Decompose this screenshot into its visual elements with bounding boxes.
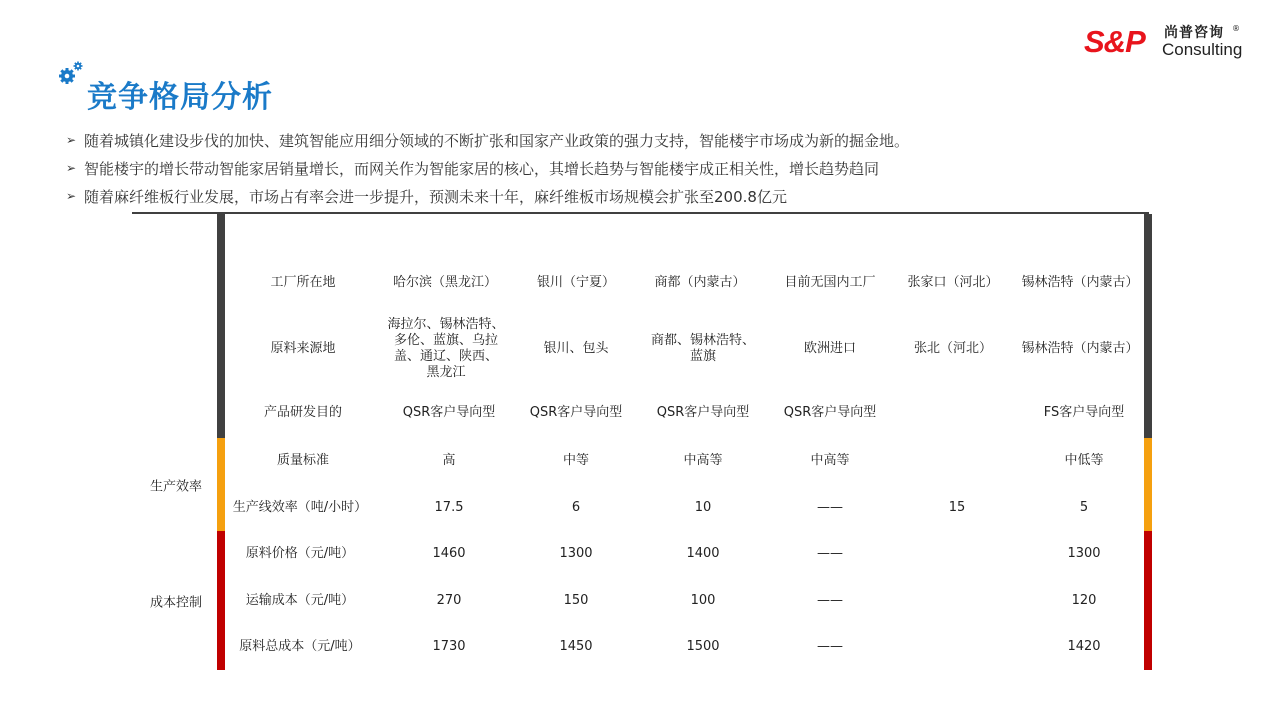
row-label-line-efficiency: 生产线效率（吨/小时） <box>233 500 367 516</box>
table-cell: 1500 <box>686 639 719 655</box>
table-cell: 欧洲进口 <box>804 341 856 357</box>
table-cell: 哈尔滨（黑龙江） <box>393 275 497 291</box>
cell-line: 黑龙江 <box>387 365 504 381</box>
table-cell: 中低等 <box>1064 453 1103 469</box>
cell-line: 商都、锡林浩特、 <box>651 333 755 349</box>
row-label-raw-material-origin: 原料来源地 <box>270 341 335 357</box>
logo-english: Consulting <box>1162 41 1242 59</box>
logo-registered-mark: ® <box>1232 24 1240 33</box>
table-cell: 270 <box>437 593 462 609</box>
table-cell-multiline: 商都、锡林浩特、 蓝旗 <box>651 333 755 365</box>
table-cell: —— <box>817 593 843 609</box>
table-cell: 中高等 <box>810 453 849 469</box>
bullet-text: 随着城镇化建设步伐的加快、建筑智能应用细分领域的不断扩张和国家产业政策的强力支持… <box>84 130 909 151</box>
table-cell: 1460 <box>432 546 465 562</box>
bullet-text: 智能楼宇的增长带动智能家居销量增长，而网关作为智能家居的核心，其增长趋势与智能楼… <box>84 158 879 179</box>
cell-line: 盖、通辽、陕西、 <box>387 349 504 365</box>
left-bar-cost-control <box>217 531 225 670</box>
table-cell: 100 <box>691 593 716 609</box>
table-cell: —— <box>817 546 843 562</box>
table-cell: 目前无国内工厂 <box>784 275 875 291</box>
row-label-raw-material-price: 原料价格（元/吨） <box>246 546 354 562</box>
table-cell: 商都（内蒙古） <box>654 275 745 291</box>
table-cell: QSR客户导向型 <box>657 405 750 421</box>
arrow-bullet-icon: ➢ <box>66 189 84 203</box>
table-cell: 1400 <box>686 546 719 562</box>
arrow-bullet-icon: ➢ <box>66 133 84 147</box>
right-bar-production-efficiency <box>1144 438 1152 531</box>
table-cell: 银川、包头 <box>543 341 608 357</box>
table-cell: 6 <box>572 500 580 516</box>
gears-icon <box>56 60 86 90</box>
bullet-item: ➢ 随着城镇化建设步伐的加快、建筑智能应用细分领域的不断扩张和国家产业政策的强力… <box>66 126 909 154</box>
group-label-cost-control: 成本控制 <box>150 592 202 611</box>
table-cell-multiline: 海拉尔、锡林浩特、 多伦、蓝旗、乌拉 盖、通辽、陕西、 黑龙江 <box>387 317 504 381</box>
table-cell: 中等 <box>563 453 589 469</box>
bullet-item: ➢ 随着麻纤维板行业发展，市场占有率会进一步提升，预测未来十年，麻纤维板市场规模… <box>66 182 909 210</box>
table-cell: QSR客户导向型 <box>403 405 496 421</box>
bullet-list: ➢ 随着城镇化建设步伐的加快、建筑智能应用细分领域的不断扩张和国家产业政策的强力… <box>66 126 909 210</box>
table-cell: 15 <box>949 500 966 516</box>
table-cell: —— <box>817 500 843 516</box>
table-cell: 1300 <box>559 546 592 562</box>
table-cell: 张北（河北） <box>914 341 992 357</box>
table-cell: 1730 <box>432 639 465 655</box>
row-label-quality-standard: 质量标准 <box>277 453 329 469</box>
bullet-text: 随着麻纤维板行业发展，市场占有率会进一步提升，预测未来十年，麻纤维板市场规模会扩… <box>84 186 787 207</box>
table-cell: 锡林浩特（内蒙古） <box>1021 341 1138 357</box>
group-label-production-efficiency: 生产效率 <box>150 476 202 495</box>
cell-line: 蓝旗 <box>651 349 755 365</box>
logo-brand: S&P <box>1084 25 1145 59</box>
cell-line: 海拉尔、锡林浩特、 <box>387 317 504 333</box>
table-cell: 锡林浩特（内蒙古） <box>1021 275 1138 291</box>
left-bar-basic-info <box>217 214 225 438</box>
row-label-transport-cost: 运输成本（元/吨） <box>246 593 354 609</box>
table-cell: QSR客户导向型 <box>784 405 877 421</box>
row-label-rd-purpose: 产品研发目的 <box>264 405 342 421</box>
table-cell: 120 <box>1072 593 1097 609</box>
table-cell: —— <box>817 639 843 655</box>
table-cell: 10 <box>695 500 712 516</box>
table-cell: 150 <box>564 593 589 609</box>
company-logo: S&P 尚普咨询 ® Consulting <box>1084 24 1244 64</box>
right-bar-basic-info <box>1144 214 1152 438</box>
table-cell: 1450 <box>559 639 592 655</box>
table-cell: 5 <box>1080 500 1088 516</box>
table-cell: 17.5 <box>435 500 464 516</box>
table-cell: 1420 <box>1067 639 1100 655</box>
table-top-rule <box>132 212 1149 214</box>
table-cell: FS客户导向型 <box>1044 405 1125 421</box>
logo-chinese: 尚普咨询 <box>1164 25 1224 41</box>
table-cell: 高 <box>442 453 455 469</box>
arrow-bullet-icon: ➢ <box>66 161 84 175</box>
table-cell: 中高等 <box>683 453 722 469</box>
page-title: 竞争格局分析 <box>87 72 273 116</box>
bullet-item: ➢ 智能楼宇的增长带动智能家居销量增长，而网关作为智能家居的核心，其增长趋势与智… <box>66 154 909 182</box>
row-label-factory-location: 工厂所在地 <box>270 275 335 291</box>
left-bar-production-efficiency <box>217 438 225 531</box>
table-cell: QSR客户导向型 <box>530 405 623 421</box>
cell-line: 多伦、蓝旗、乌拉 <box>387 333 504 349</box>
table-cell: 张家口（河北） <box>907 275 998 291</box>
table-cell: 1300 <box>1067 546 1100 562</box>
right-bar-cost-control <box>1144 531 1152 670</box>
row-label-total-material-cost: 原料总成本（元/吨） <box>239 639 360 655</box>
table-cell: 银川（宁夏） <box>537 275 615 291</box>
